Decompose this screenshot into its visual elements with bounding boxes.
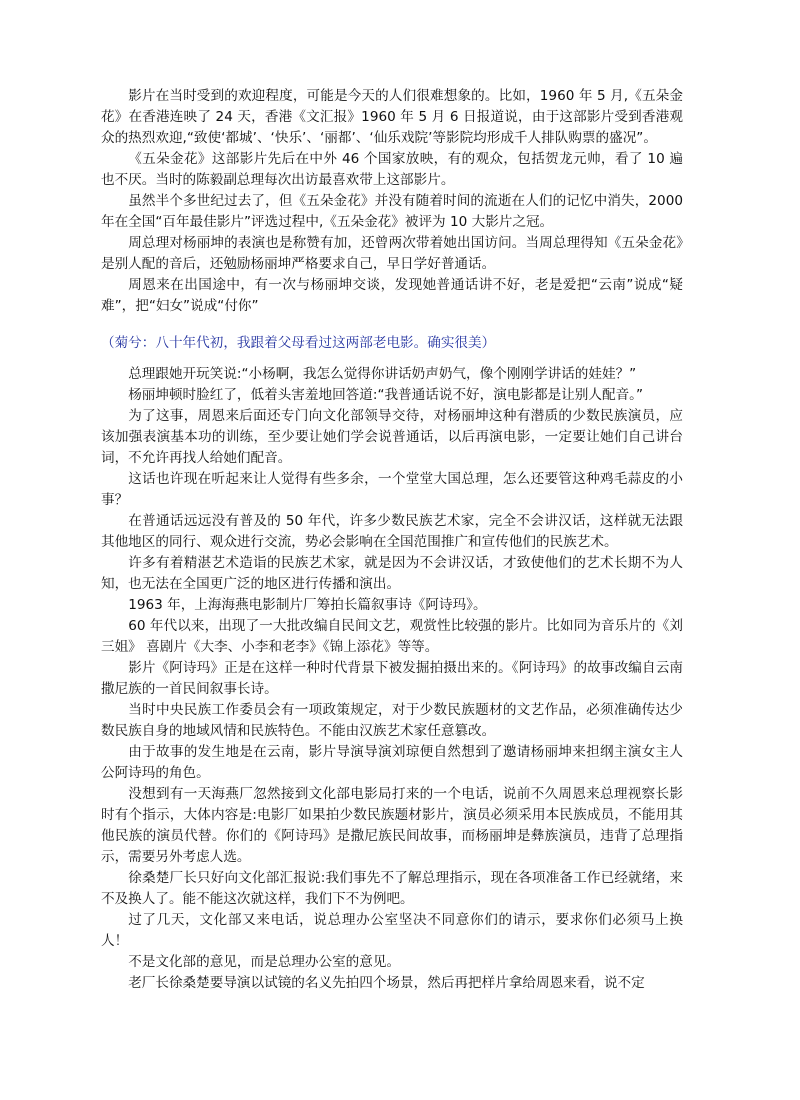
paragraph: 为了这事，周恩来后面还专门向文化部领导交待，对杨丽坤这种有潜质的少数民族演员，应…	[101, 406, 683, 469]
paragraph: 这话也许现在听起来让人觉得有些多余，一个堂堂大国总理，怎么还要管这种鸡毛蒜皮的小…	[101, 469, 683, 511]
paragraph: 杨丽坤顿时脸红了，低着头害羞地回答道:“我普通话说不好，演电影都是让别人配音。”	[101, 385, 683, 406]
paragraph: 影片《阿诗玛》正是在这样一种时代背景下被发掘拍摄出来的。《阿诗玛》的故事改编自云…	[101, 658, 683, 700]
paragraph: 1963 年，上海海燕电影制片厂筹拍长篇叙事诗《阿诗玛》。	[101, 595, 683, 616]
paragraph: 在普通话远远没有普及的 50 年代，许多少数民族艺术家，完全不会讲汉话，这样就无…	[101, 511, 683, 553]
paragraph: 60 年代以来，出现了一大批改编自民间文艺，观赏性比较强的影片。比如同为音乐片的…	[101, 616, 683, 658]
paragraph: 由于故事的发生地是在云南，影片导演导演刘琼便自然想到了邀请杨丽坤来担纲主演女主人…	[101, 742, 683, 784]
paragraph: 总理跟她开玩笑说:“小杨啊，我怎么觉得你讲话奶声奶气，像个刚刚学讲话的娃娃？”	[101, 364, 683, 385]
paragraph: 没想到有一天海燕厂忽然接到文化部电影局打来的一个电话，说前不久周恩来总理视察长影…	[101, 784, 683, 868]
paragraph: 当时中央民族工作委员会有一项政策规定，对于少数民族题材的文艺作品，必须准确传达少…	[101, 700, 683, 742]
paragraph: 影片在当时受到的欢迎程度，可能是今天的人们很难想象的。比如，1960 年 5 月…	[101, 86, 683, 149]
paragraph: 虽然半个多世纪过去了，但《五朵金花》并没有随着时间的流逝在人们的记忆中消失，20…	[101, 191, 683, 233]
paragraph: 《五朵金花》这部影片先后在中外 46 个国家放映，有的观众，包括贺龙元帅，看了 …	[101, 149, 683, 191]
paragraph: 周恩来在出国途中，有一次与杨丽坤交谈，发现她普通话讲不好，老是爱把“云南”说成“…	[101, 275, 683, 317]
paragraph: 老厂长徐桑楚要导演以试镜的名义先拍四个场景，然后再把样片拿给周恩来看，说不定	[101, 973, 683, 994]
paragraph: 徐桑楚厂长只好向文化部汇报说:我们事先不了解总理指示，现在各项准备工作已经就绪，…	[101, 868, 683, 910]
document-body: 影片在当时受到的欢迎程度，可能是今天的人们很难想象的。比如，1960 年 5 月…	[101, 86, 683, 994]
paragraph: 许多有着精湛艺术造诣的民族艺术家，就是因为不会讲汉话，才致使他们的艺术长期不为人…	[101, 553, 683, 595]
paragraph: 周总理对杨丽坤的表演也是称赞有加，还曾两次带着她出国访问。当周总理得知《五朵金花…	[101, 233, 683, 275]
paragraph: 过了几天，文化部又来电话，说总理办公室坚决不同意你们的请示，要求你们必须马上换人…	[101, 910, 683, 952]
paragraph: 不是文化部的意见，而是总理办公室的意见。	[101, 952, 683, 973]
editor-note: （菊兮：八十年代初，我跟着父母看过这两部老电影。确实很美）	[101, 333, 683, 354]
